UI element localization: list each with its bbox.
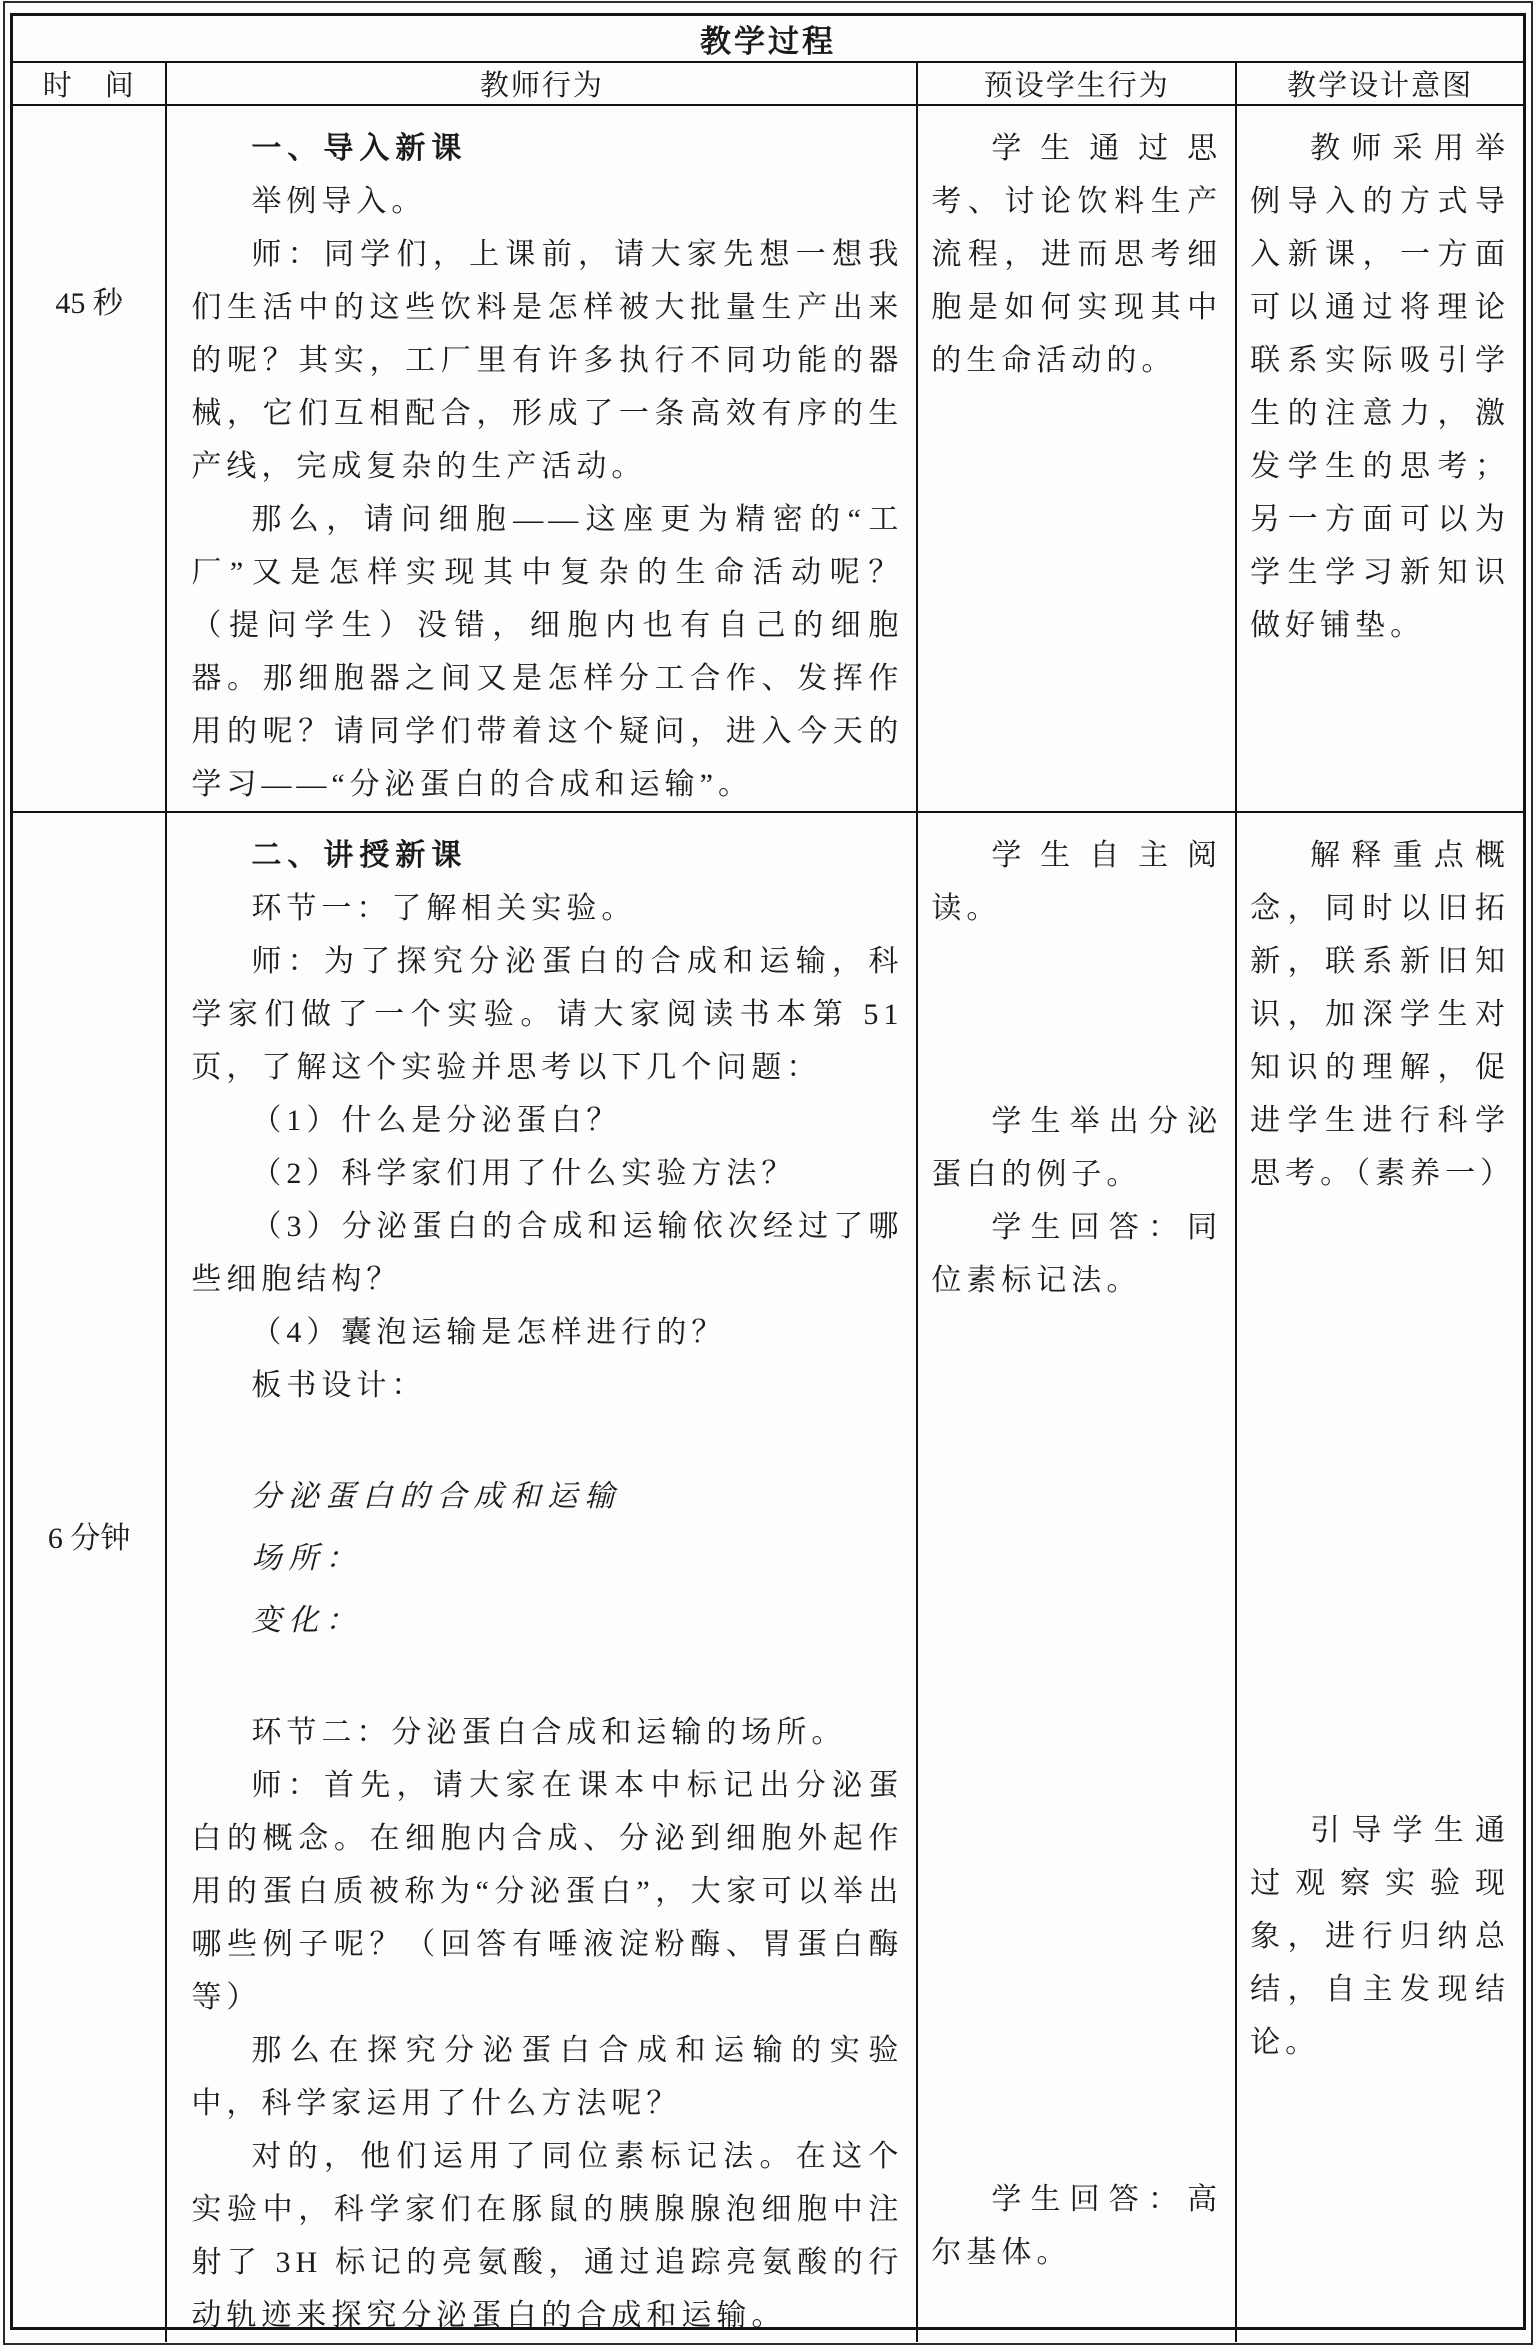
paragraph: 教师采用举例导入的方式导入新课，一方面可以通过将理论联系实际吸引学生的注意力，激… <box>1250 122 1510 652</box>
paragraph: 师：首先，请大家在课本中标记出分泌蛋白的概念。在细胞内合成、分泌到细胞外起作用的… <box>191 1759 903 2024</box>
paragraph: 学生举出分泌蛋白的例子。 <box>931 1095 1222 1201</box>
paragraph: 师：同学们，上课前，请大家先想一想我们生活中的这些饮料是怎样被大批量生产出来的呢… <box>191 228 903 493</box>
paragraph: 举例导入。 <box>191 175 903 228</box>
paragraph: 对的，他们运用了同位素标记法。在这个实验中，科学家们在豚鼠的胰腺腺泡细胞中注射了… <box>191 2130 903 2342</box>
student-behavior-cell: 学生通过思考、讨论饮料生产流程，进而思考细胞是如何实现其中的生命活动的。 <box>916 106 1235 811</box>
spacer <box>931 935 1222 1095</box>
spacer <box>191 1412 903 1466</box>
spacer <box>191 1652 903 1706</box>
lesson-plan-page: 教学过程 时 间 教师行为 预设学生行为 教学设计意图 45 秒 一、导入新课举… <box>0 0 1536 2347</box>
table-row: 45 秒 一、导入新课举例导入。师：同学们，上课前，请大家先想一想我们生活中的这… <box>13 104 1523 811</box>
paragraph: 解释重点概念，同时以旧拓新，联系新旧知识，加深学生对知识的理解，促进学生进行科学… <box>1250 829 1510 1200</box>
table-header-row: 时 间 教师行为 预设学生行为 教学设计意图 <box>13 61 1523 104</box>
col-header-student-behavior: 预设学生行为 <box>916 63 1235 104</box>
paragraph: 环节一：了解相关实验。 <box>191 882 903 935</box>
paragraph: 师：为了探究分泌蛋白的合成和运输，科学家们做了一个实验。请大家阅读书本第 51 … <box>191 935 903 1094</box>
paragraph: 那么在探究分泌蛋白合成和运输的实验中，科学家运用了什么方法呢？ <box>191 2024 903 2130</box>
spacer <box>1250 1200 1510 1804</box>
paragraph: 学生自主阅读。 <box>931 829 1222 935</box>
paragraph: 学生通过思考、讨论饮料生产流程，进而思考细胞是如何实现其中的生命活动的。 <box>931 122 1222 387</box>
paragraph: （1）什么是分泌蛋白？ <box>191 1094 903 1147</box>
design-intent-cell: 教师采用举例导入的方式导入新课，一方面可以通过将理论联系实际吸引学生的注意力，激… <box>1235 106 1523 811</box>
col-header-teacher-behavior: 教师行为 <box>165 63 916 104</box>
student-behavior-cell: 学生自主阅读。学生举出分泌蛋白的例子。学生回答：同位素标记法。学生回答：高尔基体… <box>916 813 1235 2342</box>
paragraph: 学生回答：高尔基体。 <box>931 2173 1222 2279</box>
spacer <box>931 1307 1222 2173</box>
design-intent-cell: 解释重点概念，同时以旧拓新，联系新旧知识，加深学生对知识的理解，促进学生进行科学… <box>1235 813 1523 2342</box>
time-value: 45 秒 <box>13 106 165 811</box>
paragraph: 引导学生通过观察实验现象，进行归纳总结，自主发现结论。 <box>1250 1804 1510 2069</box>
paragraph: 板书设计： <box>191 1359 903 1412</box>
section-heading: 二、讲授新课 <box>191 829 903 882</box>
teacher-behavior-cell: 二、讲授新课环节一：了解相关实验。师：为了探究分泌蛋白的合成和运输，科学家们做了… <box>165 813 916 2342</box>
board-design-line: 变化： <box>191 1590 903 1652</box>
paragraph: （3）分泌蛋白的合成和运输依次经过了哪些细胞结构？ <box>191 1200 903 1306</box>
teaching-process-table: 教学过程 时 间 教师行为 预设学生行为 教学设计意图 45 秒 一、导入新课举… <box>10 13 1526 2330</box>
section-heading: 一、导入新课 <box>191 122 903 175</box>
paragraph: （4）囊泡运输是怎样进行的？ <box>191 1306 903 1359</box>
teacher-behavior-cell: 一、导入新课举例导入。师：同学们，上课前，请大家先想一想我们生活中的这些饮料是怎… <box>165 106 916 811</box>
col-header-time: 时 间 <box>13 63 165 104</box>
paragraph: （2）科学家们用了什么实验方法？ <box>191 1147 903 1200</box>
paragraph: 那么，请问细胞——这座更为精密的“工厂”又是怎样实现其中复杂的生命活动呢？（提问… <box>191 493 903 811</box>
col-header-design-intent: 教学设计意图 <box>1235 63 1523 104</box>
paragraph: 环节二：分泌蛋白合成和运输的场所。 <box>191 1706 903 1759</box>
time-value: 6 分钟 <box>13 813 165 2342</box>
table-row: 6 分钟 二、讲授新课环节一：了解相关实验。师：为了探究分泌蛋白的合成和运输，科… <box>13 811 1523 2342</box>
table-title: 教学过程 <box>13 16 1523 61</box>
board-design-line: 分泌蛋白的合成和运输 <box>191 1466 903 1528</box>
paragraph: 学生回答：同位素标记法。 <box>931 1201 1222 1307</box>
board-design-line: 场所： <box>191 1528 903 1590</box>
